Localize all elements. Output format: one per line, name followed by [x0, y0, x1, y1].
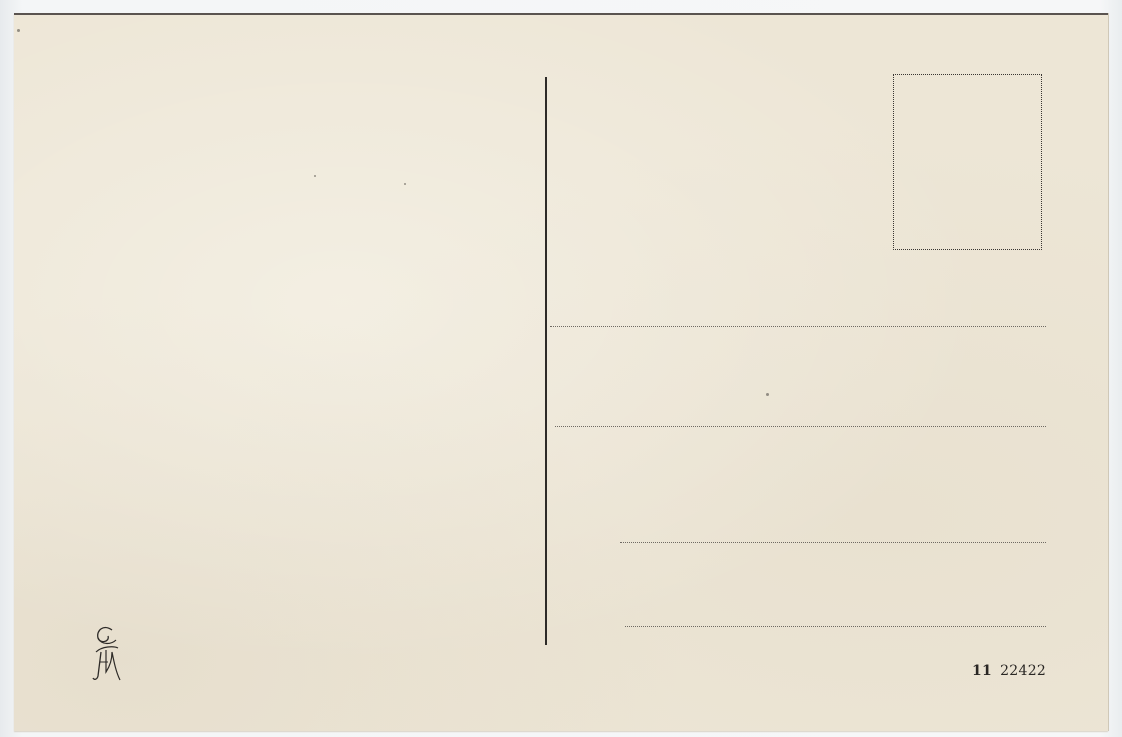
serial-number: 22422	[1000, 663, 1046, 679]
address-line-4	[625, 626, 1046, 627]
paper-speck	[766, 393, 769, 396]
serial-series: 11	[972, 663, 992, 679]
card-serial-number: 1122422	[972, 663, 1046, 679]
paper-speck	[314, 175, 316, 177]
address-line-1	[550, 326, 1046, 327]
message-address-divider	[545, 77, 547, 645]
publisher-monogram-icon	[92, 622, 122, 686]
paper-speck	[404, 183, 406, 185]
paper-speck	[17, 29, 20, 32]
stamp-placeholder-box	[893, 74, 1042, 250]
address-line-3	[620, 542, 1046, 543]
address-line-2	[555, 426, 1046, 427]
postcard-back: 1122422	[14, 13, 1108, 731]
